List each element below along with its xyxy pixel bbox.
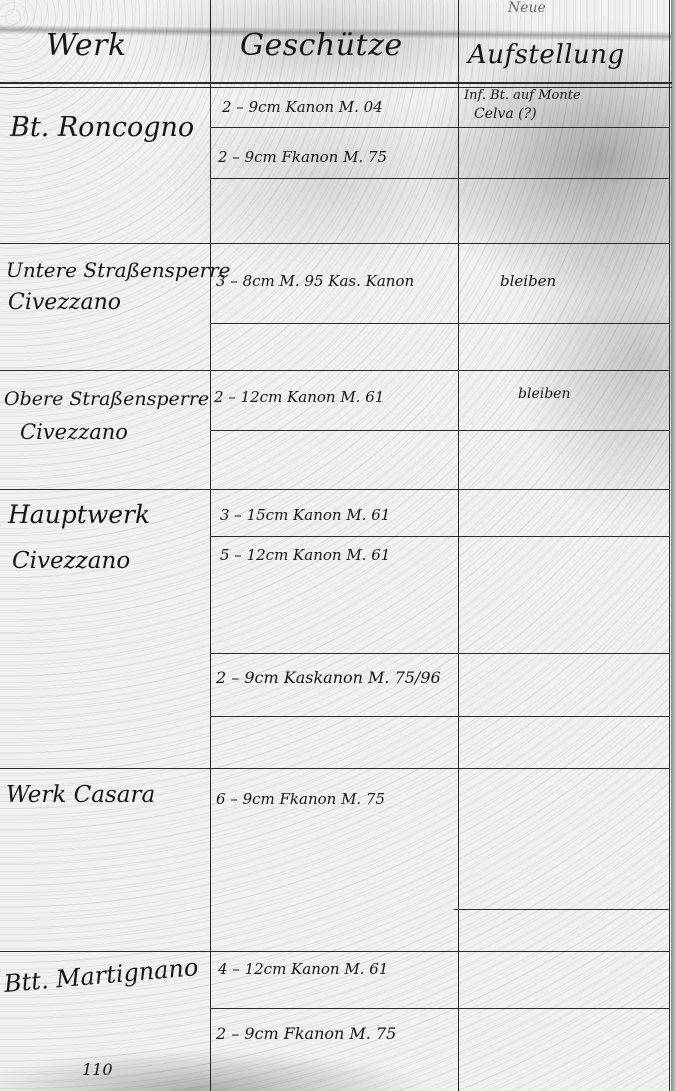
sub-rule: [210, 1008, 670, 1009]
sub-rule: [210, 653, 670, 654]
right-margin-line: [669, 0, 670, 1091]
sub-rule: [210, 716, 670, 717]
page-number: 110: [82, 1060, 113, 1079]
sub-rule: [210, 127, 670, 128]
gun-entry: 2 – 9cm Fkanon M. 75: [216, 1024, 396, 1043]
row-rule: [0, 243, 670, 244]
gun-entry: 3 – 15cm Kanon M. 61: [220, 506, 390, 524]
sub-rule: [210, 178, 670, 179]
header-werk: Werk: [46, 28, 127, 63]
column-divider-1: [210, 0, 211, 1091]
gun-entry: 2 – 9cm Kanon M. 04: [222, 98, 383, 116]
werk-name: Werk Casara: [6, 782, 155, 808]
header-geschuetze: Geschütze: [240, 28, 403, 63]
gun-entry: 6 – 9cm Fkanon M. 75: [216, 790, 385, 808]
sub-rule: [210, 323, 670, 324]
sub-rule: [210, 536, 670, 537]
sub-rule: [210, 430, 670, 431]
werk-name: Obere Straßensperre: [4, 388, 209, 410]
header-aufstellung-prefix: Neue: [508, 0, 546, 16]
row-rule: [0, 489, 670, 490]
placement-note: Celva (?): [474, 106, 537, 122]
page-edge: [671, 0, 676, 1091]
werk-name: Hauptwerk: [8, 500, 150, 529]
werk-name-line2: Civezzano: [8, 290, 121, 315]
gun-entry: 5 – 12cm Kanon M. 61: [220, 546, 390, 564]
header-rule-top: [0, 82, 672, 84]
row-rule: [0, 768, 670, 769]
placement-note: bleiben: [518, 386, 570, 402]
gun-entry: 2 – 9cm Kaskanon M. 75/96: [216, 668, 441, 687]
placement-note: bleiben: [500, 272, 556, 290]
gun-entry: 3 – 8cm M. 95 Kas. Kanon: [216, 272, 414, 290]
gun-entry: 4 – 12cm Kanon M. 61: [218, 960, 388, 978]
gun-entry: 2 – 12cm Kanon M. 61: [214, 388, 384, 406]
row-rule: [0, 951, 670, 952]
placement-note: Inf. Bt. auf Monte: [464, 88, 581, 103]
header-aufstellung: Aufstellung: [468, 40, 625, 70]
werk-name-line2: Civezzano: [20, 420, 128, 444]
sub-rule: [454, 909, 670, 910]
row-rule: [0, 370, 670, 371]
column-divider-2: [458, 0, 459, 1091]
gun-entry: 2 – 9cm Fkanon M. 75: [218, 148, 387, 166]
werk-name-line2: Civezzano: [12, 548, 130, 574]
werk-name: Bt. Roncogno: [10, 112, 194, 143]
werk-name: Untere Straßensperre: [6, 258, 231, 282]
